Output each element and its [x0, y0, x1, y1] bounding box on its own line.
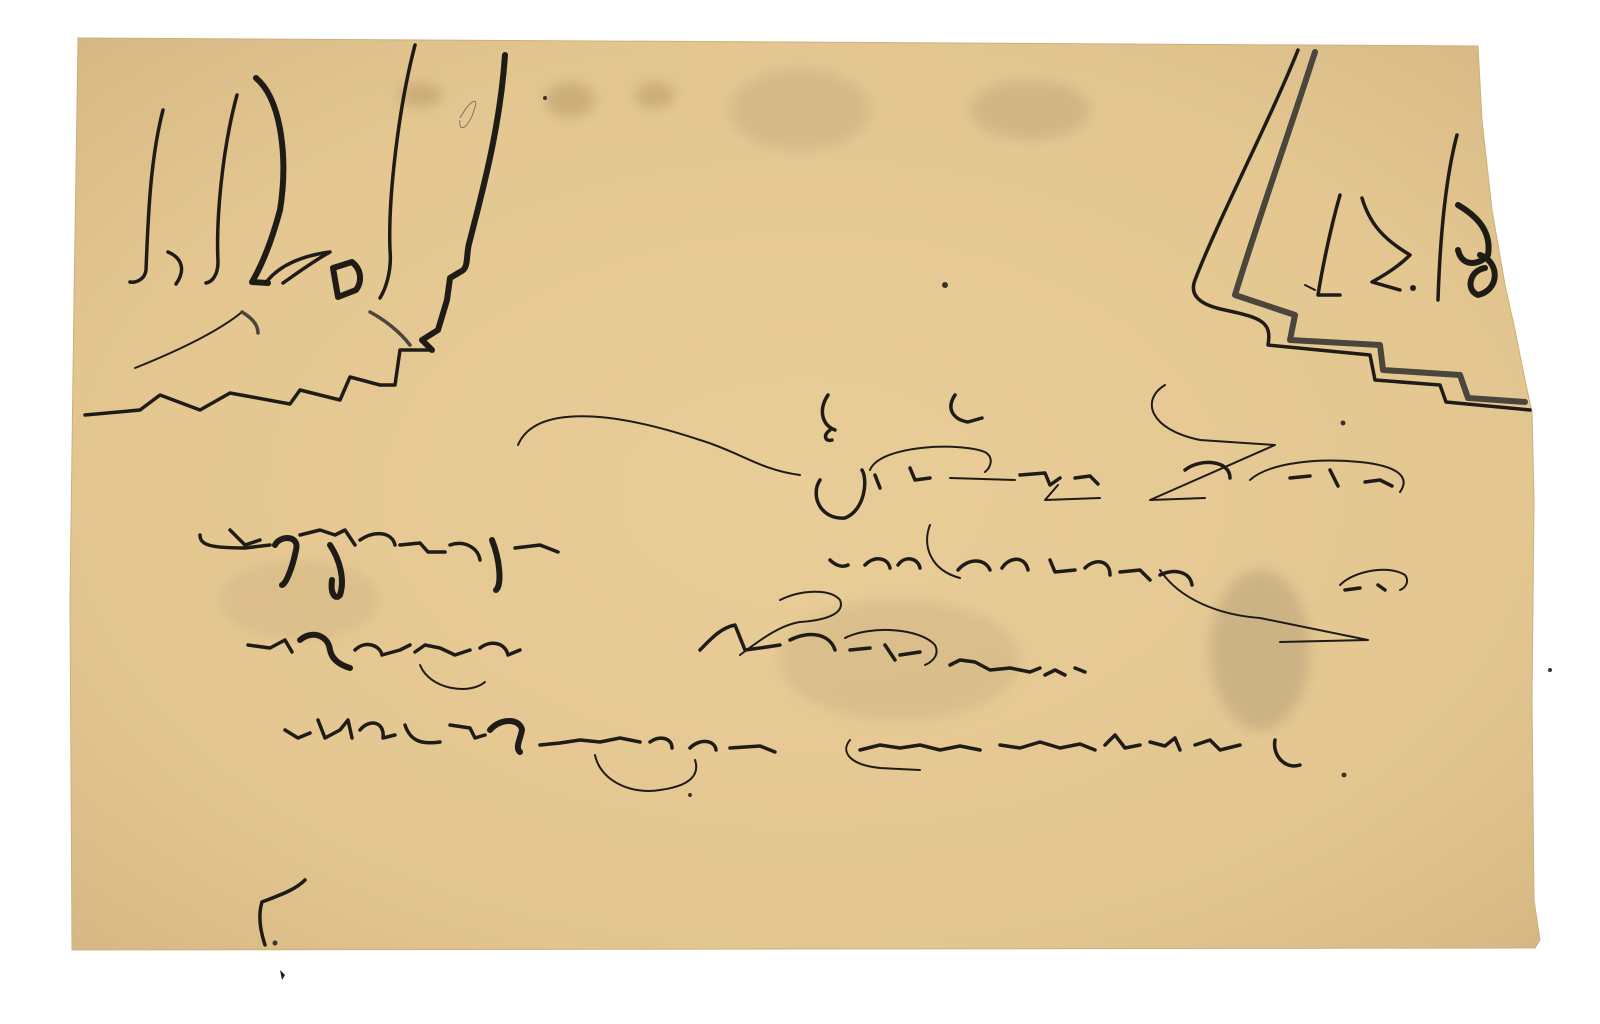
paper-illustration [0, 0, 1600, 1024]
document-scan: Handwritten Tibetan cursive letter on ta… [0, 0, 1600, 1024]
paper-sheet [70, 38, 1540, 950]
